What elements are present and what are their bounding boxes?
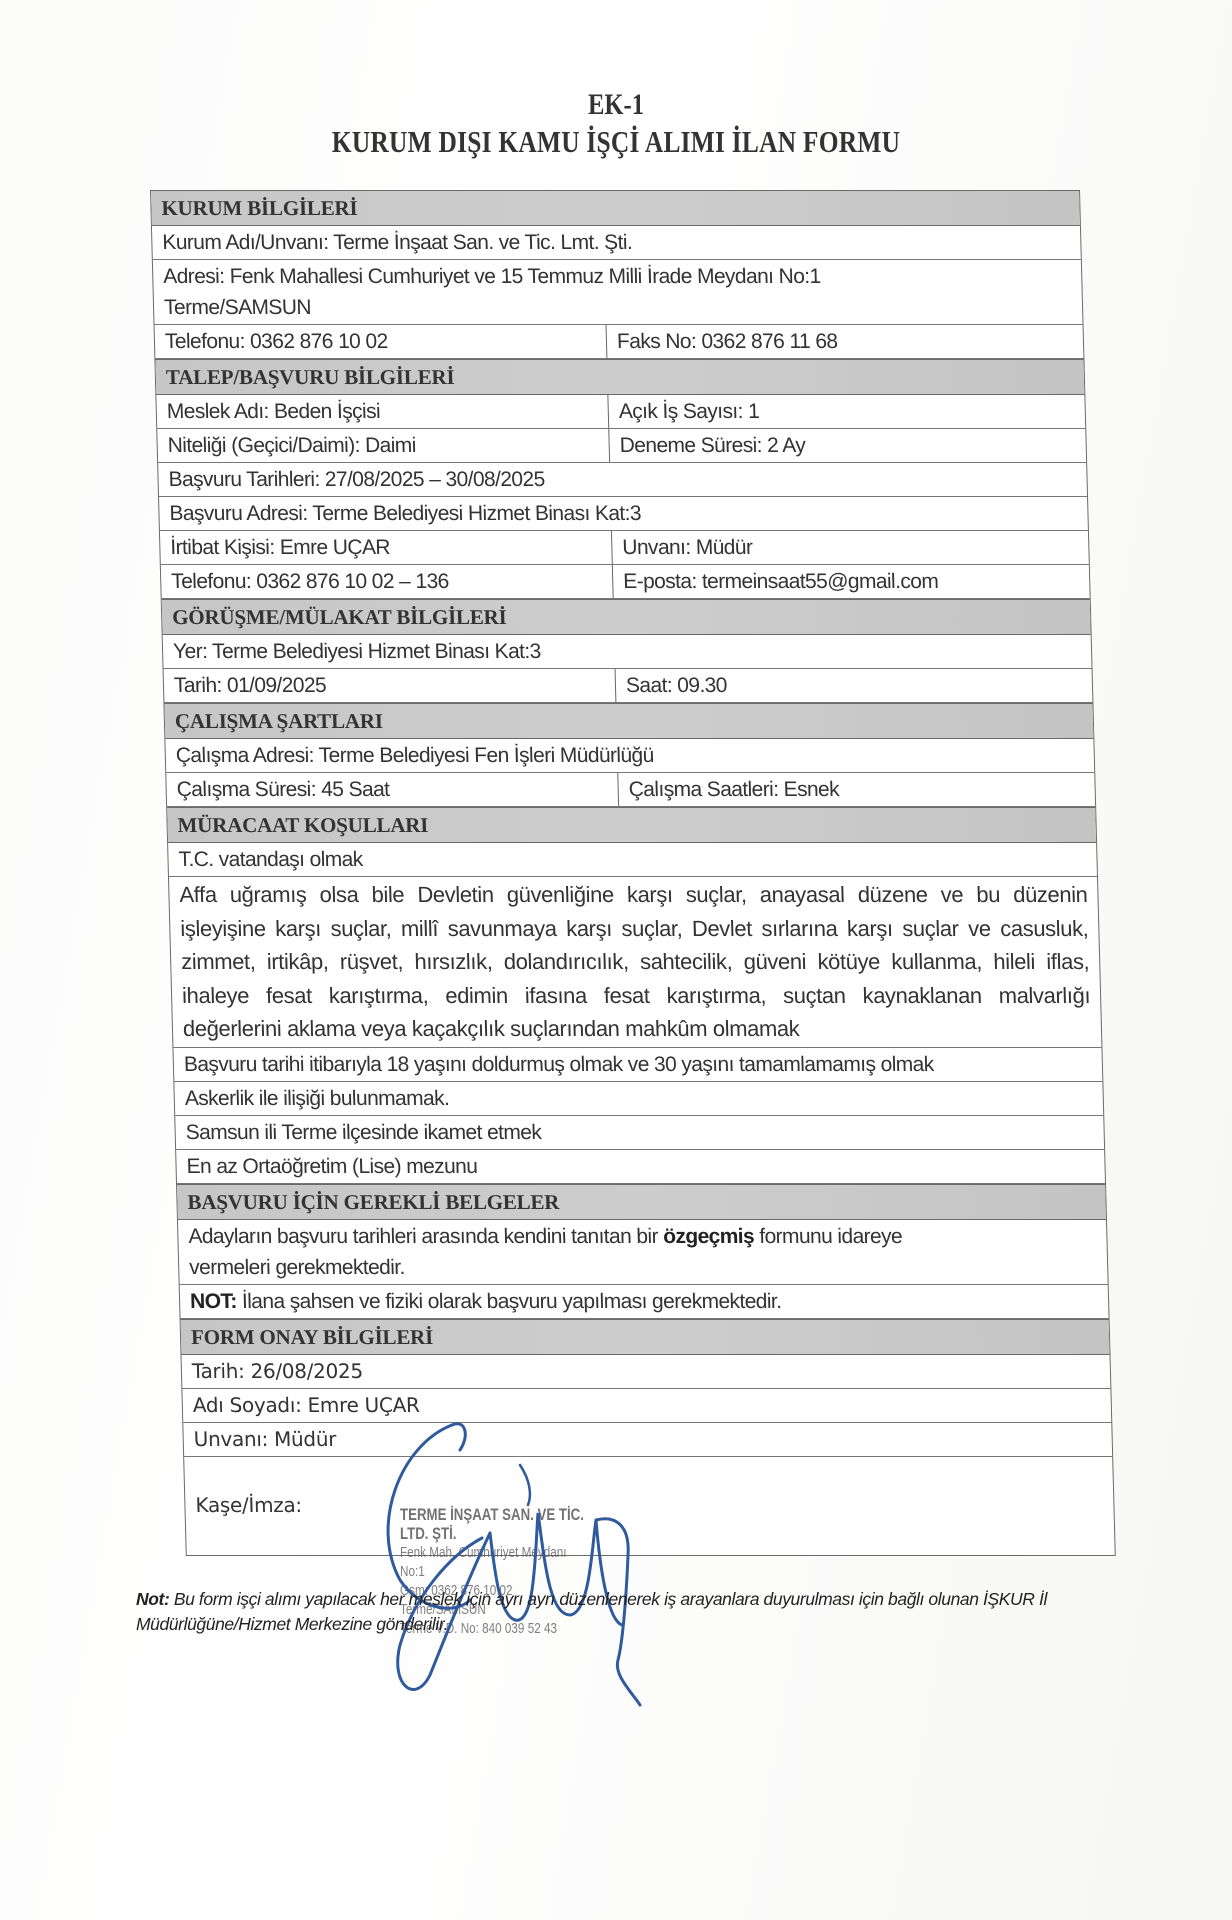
work-hours: Çalışma Saatleri: Esnek xyxy=(618,773,1095,806)
section-header-belgeler: BAŞVURU İÇİN GEREKLİ BELGELER xyxy=(177,1184,1106,1220)
form-row: Çalışma Adresi: Terme Belediyesi Fen İşl… xyxy=(165,739,1094,773)
section-header-onay: FORM ONAY BİLGİLERİ xyxy=(181,1319,1110,1355)
address-line-1: Adresi: Fenk Mahallesi Cumhuriyet ve 15 … xyxy=(163,261,1072,292)
section-header-gorusme: GÖRÜŞME/MÜLAKAT BİLGİLERİ xyxy=(162,599,1091,635)
form-row: Kaşe/İmza: xyxy=(184,1457,1115,1555)
stamp-signature-field: Kaşe/İmza: xyxy=(184,1457,1115,1555)
note-label: NOT: xyxy=(190,1290,237,1313)
institution-name: Kurum Adı/Unvanı: Terme İnşaat San. ve T… xyxy=(152,226,1081,259)
condition-row: Başvuru tarihi itibarıyla 18 yaşını dold… xyxy=(173,1048,1102,1082)
work-address: Çalışma Adresi: Terme Belediyesi Fen İşl… xyxy=(165,739,1094,772)
application-dates: Başvuru Tarihleri: 27/08/2025 – 30/08/20… xyxy=(158,463,1087,496)
work-duration: Çalışma Süresi: 45 Saat xyxy=(166,773,619,806)
condition-row: Affa uğramış olsa bile Devletin güvenliğ… xyxy=(169,877,1101,1048)
interview-date: Tarih: 01/09/2025 xyxy=(164,669,617,702)
documents-text: Adayların başvuru tarihleri arasında ken… xyxy=(188,1225,663,1248)
footnote: Not: Bu form işçi alımı yapılacak her me… xyxy=(136,1587,1096,1637)
form-row: Adresi: Fenk Mahallesi Cumhuriyet ve 15 … xyxy=(153,260,1083,325)
form-row: Başvuru Adresi: Terme Belediyesi Hizmet … xyxy=(159,497,1088,531)
institution-phone: Telefonu: 0362 876 10 02 xyxy=(155,325,608,358)
condition-residence: Samsun ili Terme ilçesinde ikamet etmek xyxy=(175,1116,1104,1149)
interview-time: Saat: 09.30 xyxy=(616,669,1093,702)
form-row: NOT: İlana şahsen ve fiziki olarak başvu… xyxy=(180,1285,1109,1319)
contact-phone: Telefonu: 0362 876 10 02 – 136 xyxy=(161,565,614,598)
form-row: Unvanı: Müdür xyxy=(183,1423,1112,1457)
condition-education: En az Ortaöğretim (Lise) mezunu xyxy=(176,1150,1105,1183)
stamp-company-name: TERME İNŞAAT SAN. VE TİC. LTD. ŞTİ. xyxy=(400,1505,587,1543)
condition-age: Başvuru tarihi itibarıyla 18 yaşını dold… xyxy=(173,1048,1102,1081)
institution-fax: Faks No: 0362 876 11 68 xyxy=(607,325,1084,358)
annex-label: EK-1 xyxy=(111,88,1121,122)
section-header-calisma: ÇALIŞMA ŞARTLARI xyxy=(164,703,1093,739)
contact-title: Unvanı: Müdür xyxy=(612,531,1089,564)
application-note: NOT: İlana şahsen ve fiziki olarak başvu… xyxy=(180,1285,1109,1318)
employment-nature: Niteliği (Geçici/Daimi): Daimi xyxy=(157,429,610,462)
condition-row: T.C. vatandaşı olmak xyxy=(168,843,1097,877)
section-header-kurum: KURUM BİLGİLERİ xyxy=(151,191,1080,226)
section-header-muracaat: MÜRACAAT KOŞULLARI xyxy=(167,807,1096,843)
interview-place: Yer: Terme Belediyesi Hizmet Binası Kat:… xyxy=(163,635,1092,668)
form-row: Meslek Adı: Beden İşçisi Açık İş Sayısı:… xyxy=(156,395,1085,429)
application-address: Başvuru Adresi: Terme Belediyesi Hizmet … xyxy=(159,497,1088,530)
required-documents: Adayların başvuru tarihleri arasında ken… xyxy=(178,1220,1108,1284)
address-line-2: Terme/SAMSUN xyxy=(164,292,1073,323)
contact-email: E-posta: termeinsaat55@gmail.com xyxy=(613,565,1090,598)
condition-row: Askerlik ile ilişiği bulunmamak. xyxy=(174,1082,1103,1116)
institution-address: Adresi: Fenk Mahallesi Cumhuriyet ve 15 … xyxy=(153,260,1083,324)
form-row: Niteliği (Geçici/Daimi): Daimi Deneme Sü… xyxy=(157,429,1086,463)
trial-period: Deneme Süresi: 2 Ay xyxy=(609,429,1086,462)
condition-citizenship: T.C. vatandaşı olmak xyxy=(168,843,1097,876)
form-row: Adayların başvuru tarihleri arasında ken… xyxy=(178,1220,1108,1285)
condition-criminal-record: Affa uğramış olsa bile Devletin güvenliğ… xyxy=(169,877,1101,1047)
form-row: Yer: Terme Belediyesi Hizmet Binası Kat:… xyxy=(163,635,1092,669)
approver-name: Adı Soyadı: Emre UÇAR xyxy=(182,1389,1111,1422)
contact-person: İrtibat Kişisi: Emre UÇAR xyxy=(160,531,613,564)
approval-date: Tarih: 26/08/2025 xyxy=(181,1355,1110,1388)
form-row: Adı Soyadı: Emre UÇAR xyxy=(182,1389,1111,1423)
stamp-address: Fenk Mah. Cumhuriyet Meydanı No:1 xyxy=(400,1543,587,1581)
form-row: Tarih: 01/09/2025 Saat: 09.30 xyxy=(164,669,1093,703)
form-row: Başvuru Tarihleri: 27/08/2025 – 30/08/20… xyxy=(158,463,1087,497)
condition-row: Samsun ili Terme ilçesinde ikamet etmek xyxy=(175,1116,1104,1150)
condition-row: En az Ortaöğretim (Lise) mezunu xyxy=(176,1150,1105,1184)
documents-emphasis: özgeçmiş xyxy=(663,1225,755,1248)
form-row: İrtibat Kişisi: Emre UÇAR Unvanı: Müdür xyxy=(160,531,1089,565)
open-positions: Açık İş Sayısı: 1 xyxy=(608,395,1085,428)
announcement-form-table: KURUM BİLGİLERİ Kurum Adı/Unvanı: Terme … xyxy=(150,190,1116,1556)
condition-military: Askerlik ile ilişiği bulunmamak. xyxy=(174,1082,1103,1115)
form-row: Çalışma Süresi: 45 Saat Çalışma Saatleri… xyxy=(166,773,1095,807)
form-row: Kurum Adı/Unvanı: Terme İnşaat San. ve T… xyxy=(152,226,1081,260)
footnote-label: Not: xyxy=(136,1589,169,1609)
note-text: İlana şahsen ve fiziki olarak başvuru ya… xyxy=(236,1290,781,1313)
approver-title: Unvanı: Müdür xyxy=(183,1423,1112,1456)
form-title: KURUM DIŞI KAMU İŞÇİ ALIMI İLAN FORMU xyxy=(111,124,1121,160)
profession: Meslek Adı: Beden İşçisi xyxy=(156,395,609,428)
form-row: Telefonu: 0362 876 10 02 – 136 E-posta: … xyxy=(161,565,1090,599)
section-header-talep: TALEP/BAŞVURU BİLGİLERİ xyxy=(155,359,1084,395)
form-row: Telefonu: 0362 876 10 02 Faks No: 0362 8… xyxy=(155,325,1084,359)
footnote-text: Bu form işçi alımı yapılacak her meslek … xyxy=(136,1589,1047,1634)
form-row: Tarih: 26/08/2025 xyxy=(181,1355,1110,1389)
